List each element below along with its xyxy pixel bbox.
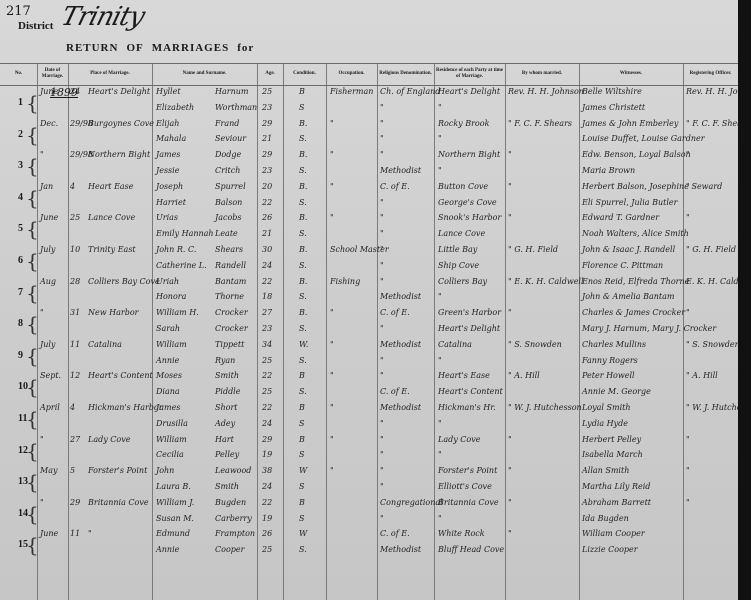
brace-icon: { <box>26 409 39 429</box>
groom-occupation: " <box>330 150 334 159</box>
entry-day: 27 <box>70 435 80 444</box>
groom-surname: Hart <box>215 435 234 444</box>
district-value: Trinity <box>58 2 147 32</box>
groom-first-name: Edmund <box>156 529 190 538</box>
groom-religion: C. of E. <box>380 308 410 317</box>
registering-officer: " <box>686 308 690 317</box>
column-rule <box>377 63 378 600</box>
bride-residence: " <box>438 134 442 143</box>
groom-condition: B <box>299 435 305 444</box>
groom-first-name: Urias <box>156 213 178 222</box>
groom-residence: Colliers Bay <box>438 277 487 286</box>
groom-condition: B <box>299 403 305 412</box>
bride-residence: Heart's Delight <box>438 324 500 333</box>
bride-surname: Pelley <box>215 450 239 459</box>
bride-first-name: Harriet <box>156 198 186 207</box>
groom-occupation: Fishing <box>330 277 360 286</box>
groom-age: 29 <box>262 119 272 128</box>
groom-religion: " <box>380 150 384 159</box>
bride-first-name: Annie <box>156 356 179 365</box>
registering-officer: " G. H. Field <box>686 245 736 254</box>
groom-condition: B. <box>299 245 307 254</box>
groom-age: 22 <box>262 277 272 286</box>
groom-religion: " <box>380 119 384 128</box>
header-rule <box>0 85 738 86</box>
district-label: District <box>18 20 53 32</box>
bride-religion: " <box>380 419 384 428</box>
witness-1: Enos Reid, Elfreda Thorne <box>582 277 689 286</box>
column-header-condition: Condition. <box>283 63 326 85</box>
bride-religion: " <box>380 482 384 491</box>
officiant: " <box>508 498 512 507</box>
bride-religion: " <box>380 134 384 143</box>
officiant: " <box>508 466 512 475</box>
bride-age: 18 <box>262 292 272 301</box>
groom-surname: Frampton <box>215 529 255 538</box>
groom-surname: Jacobs <box>215 213 242 222</box>
bride-condition: S <box>299 482 304 491</box>
entry-month: June <box>40 529 58 538</box>
column-rule <box>505 63 506 600</box>
groom-age: 26 <box>262 213 272 222</box>
entry-day: 28 <box>70 277 80 286</box>
groom-surname: Smith <box>215 371 239 380</box>
entry-month: July <box>40 340 55 349</box>
bride-surname: Seviour <box>215 134 246 143</box>
groom-occupation: " <box>330 213 334 222</box>
groom-surname: Leawood <box>215 466 251 475</box>
witness-2: Isabella March <box>582 450 643 459</box>
entry-day: 29 <box>70 498 80 507</box>
bride-first-name: Catherine L. <box>156 261 207 270</box>
bride-first-name: Susan M. <box>156 514 194 523</box>
entry-place: Forster's Point <box>88 466 147 475</box>
groom-age: 22 <box>262 371 272 380</box>
bride-first-name: Drusilla <box>156 419 188 428</box>
bride-surname: Worthman <box>215 103 257 112</box>
groom-first-name: William <box>156 340 187 349</box>
bride-age: 25 <box>262 545 272 554</box>
witness-1: Charles Mullins <box>582 340 646 349</box>
groom-occupation: " <box>330 182 334 191</box>
entry-place: New Harbor <box>88 308 138 317</box>
witness-2: Lydia Hyde <box>582 419 628 428</box>
registering-officer: " S. Snowden <box>686 340 740 349</box>
entry-number: 6 <box>18 255 23 266</box>
column-header-married_by: By whom married. <box>505 63 579 85</box>
bride-residence: " <box>438 419 442 428</box>
groom-age: 22 <box>262 403 272 412</box>
groom-occupation: " <box>330 119 334 128</box>
groom-occupation: " <box>330 403 334 412</box>
entry-number: 1 <box>18 97 23 108</box>
groom-condition: B <box>299 498 305 507</box>
registering-officer: " A. Hill <box>686 371 718 380</box>
entry-month: Dec. <box>40 119 58 128</box>
bride-surname: Piddle <box>215 387 240 396</box>
bride-residence: Heart's Content <box>438 387 503 396</box>
entry-place: Hickman's Harbor <box>88 403 163 412</box>
groom-religion: C. of E. <box>380 182 410 191</box>
witness-2: Noah Walters, Alice Smith <box>582 229 689 238</box>
bride-religion: " <box>380 261 384 270</box>
entry-place: Heart's Delight <box>88 87 150 96</box>
bride-condition: S. <box>299 292 307 301</box>
groom-first-name: John <box>156 466 174 475</box>
entry-number: 2 <box>18 129 23 140</box>
witness-1: Allan Smith <box>582 466 629 475</box>
entry-month: April <box>40 403 60 412</box>
witness-2: Eli Spurrel, Julia Butler <box>582 198 677 207</box>
groom-age: 30 <box>262 245 272 254</box>
entry-month: Sept. <box>40 371 61 380</box>
bride-first-name: Annie <box>156 545 179 554</box>
witness-1: Herbert Pelley <box>582 435 641 444</box>
brace-icon: { <box>26 535 39 555</box>
registering-officer: " <box>686 498 690 507</box>
officiant: " F. C. F. Shears <box>508 119 572 128</box>
register-page: 217 District Trinity RETURNOFMARRIAGESfo… <box>0 0 738 600</box>
bride-residence: " <box>438 514 442 523</box>
groom-age: 25 <box>262 87 272 96</box>
groom-condition: B. <box>299 182 307 191</box>
groom-residence: Button Cove <box>438 182 488 191</box>
bride-condition: S. <box>299 324 307 333</box>
brace-icon: { <box>26 441 39 461</box>
officiant: " <box>508 213 512 222</box>
entry-day: 5 <box>70 466 75 475</box>
bride-surname: Ryan <box>215 356 235 365</box>
groom-condition: W <box>299 466 307 475</box>
groom-surname: Frand <box>215 119 239 128</box>
witness-1: Edward T. Gardner <box>582 213 659 222</box>
bride-surname: Crocker <box>215 324 248 333</box>
entry-place: Trinity East <box>88 245 136 254</box>
bride-residence: Elliott's Cove <box>438 482 492 491</box>
bride-age: 23 <box>262 324 272 333</box>
officiant: " <box>508 150 512 159</box>
groom-occupation: " <box>330 466 334 475</box>
groom-residence: Heart's Ease <box>438 371 490 380</box>
brace-icon: { <box>26 156 39 176</box>
groom-religion: " <box>380 245 384 254</box>
entry-month: " <box>40 308 44 317</box>
groom-age: 26 <box>262 529 272 538</box>
bride-condition: S <box>299 450 304 459</box>
bride-surname: Carberry <box>215 514 252 523</box>
entry-day: 4 <box>70 403 75 412</box>
bride-surname: Smith <box>215 482 239 491</box>
witness-1: Herbert Balson, Josephine Seward <box>582 182 722 191</box>
witness-2: Martha Lily Reid <box>582 482 650 491</box>
bride-age: 24 <box>262 419 272 428</box>
entry-month: May <box>40 466 57 475</box>
groom-age: 20 <box>262 182 272 191</box>
groom-residence: Britannia Cove <box>438 498 499 507</box>
entry-place: Heart's Content <box>88 371 153 380</box>
bride-age: 24 <box>262 482 272 491</box>
bride-first-name: Elizabeth <box>156 103 194 112</box>
witness-2: John & Amelia Bantam <box>582 292 674 301</box>
bride-age: 23 <box>262 166 272 175</box>
entry-number: 5 <box>18 223 23 234</box>
entry-place: Catalina <box>88 340 122 349</box>
witness-1: William Cooper <box>582 529 645 538</box>
bride-age: 19 <box>262 450 272 459</box>
registering-officer: " <box>686 182 690 191</box>
entry-place: Colliers Bay Cove <box>88 277 160 286</box>
groom-residence: Hickman's Hr. <box>438 403 496 412</box>
officiant: " <box>508 529 512 538</box>
witness-2: Louise Duffet, Louise Gardner <box>582 134 705 143</box>
entry-place: Lance Cove <box>88 213 135 222</box>
groom-first-name: Moses <box>156 371 182 380</box>
bride-condition: S <box>299 103 304 112</box>
column-header-name: Name and Surname. <box>152 63 257 85</box>
witness-1: John & Isaac J. Randell <box>582 245 675 254</box>
witness-2: Ida Bugden <box>582 514 629 523</box>
entry-place: Burgoynes Cove <box>88 119 154 128</box>
groom-religion: Ch. of England <box>380 87 440 96</box>
groom-surname: Bantam <box>215 277 246 286</box>
bride-first-name: Sarah <box>156 324 180 333</box>
groom-religion: C. of E. <box>380 529 410 538</box>
groom-condition: B. <box>299 119 307 128</box>
groom-occupation: Fisherman <box>330 87 373 96</box>
title-word: OF <box>126 42 143 54</box>
column-header-registering: Registering Officer. <box>683 63 738 85</box>
groom-condition: B. <box>299 213 307 222</box>
groom-first-name: William <box>156 435 187 444</box>
bride-first-name: Honora <box>156 292 186 301</box>
brace-icon: { <box>26 472 39 492</box>
groom-religion: " <box>380 435 384 444</box>
groom-first-name: John R. C. <box>156 245 196 254</box>
column-header-age: Age. <box>257 63 283 85</box>
groom-residence: White Rock <box>438 529 485 538</box>
bride-condition: S. <box>299 229 307 238</box>
groom-religion: " <box>380 466 384 475</box>
bride-surname: Randell <box>215 261 246 270</box>
officiant: " G. H. Field <box>508 245 558 254</box>
groom-surname: Tippett <box>215 340 244 349</box>
witness-2: James Christett <box>582 103 645 112</box>
page-title: RETURNOFMARRIAGESfor <box>66 42 262 54</box>
bride-residence: George's Cove <box>438 198 497 207</box>
groom-surname: Bugden <box>215 498 246 507</box>
entry-month: " <box>40 435 44 444</box>
groom-condition: B <box>299 87 305 96</box>
groom-surname: Shears <box>215 245 243 254</box>
officiant: " <box>508 435 512 444</box>
entry-number: 9 <box>18 350 23 361</box>
groom-occupation: " <box>330 435 334 444</box>
column-rule <box>579 63 580 600</box>
brace-icon: { <box>26 346 39 366</box>
witness-1: Loyal Smith <box>582 403 631 412</box>
witness-1: Charles & James Crocker <box>582 308 685 317</box>
bride-first-name: Mahala <box>156 134 186 143</box>
bride-religion: " <box>380 324 384 333</box>
groom-first-name: James <box>156 403 180 412</box>
entry-month: July <box>40 245 55 254</box>
column-header-religion: Religious Denomination. <box>377 63 434 85</box>
groom-surname: Dodge <box>215 150 241 159</box>
bride-residence: Bluff Head Cove <box>438 545 504 554</box>
bride-age: 23 <box>262 103 272 112</box>
bride-age: 21 <box>262 229 272 238</box>
entry-day: 11 <box>70 529 80 538</box>
entry-place: " <box>88 529 92 538</box>
entry-place: Lady Cove <box>88 435 130 444</box>
officiant: Rev. H. H. Johnson <box>508 87 584 96</box>
bride-surname: Thorne <box>215 292 244 301</box>
bride-age: 22 <box>262 198 272 207</box>
bride-residence: " <box>438 166 442 175</box>
bride-condition: S. <box>299 198 307 207</box>
officiant: " <box>508 308 512 317</box>
entry-number: 3 <box>18 160 23 171</box>
bride-condition: S. <box>299 134 307 143</box>
column-header-place: Place of Marriage. <box>68 63 152 85</box>
column-rule <box>326 63 327 600</box>
entry-month: Aug <box>40 277 56 286</box>
witness-2: Annie M. George <box>582 387 651 396</box>
groom-religion: " <box>380 371 384 380</box>
officiant: " <box>508 182 512 191</box>
groom-age: 27 <box>262 308 272 317</box>
groom-first-name: Hyllet <box>156 87 181 96</box>
entry-place: Heart Ease <box>88 182 134 191</box>
bride-condition: S. <box>299 545 307 554</box>
registering-officer: " <box>686 466 690 475</box>
groom-religion: " <box>380 277 384 286</box>
entry-number: 7 <box>18 287 23 298</box>
column-header-date: Date of Marriage. <box>37 63 68 85</box>
entry-number: 8 <box>18 318 23 329</box>
groom-residence: Little Bay <box>438 245 477 254</box>
bride-age: 19 <box>262 514 272 523</box>
bride-first-name: Jessie <box>156 166 179 175</box>
brace-icon: { <box>26 377 39 397</box>
witness-1: Abraham Barrett <box>582 498 651 507</box>
groom-residence: Forster's Point <box>438 466 497 475</box>
column-rule <box>68 63 69 600</box>
groom-occupation: " <box>330 308 334 317</box>
brace-icon: { <box>26 283 39 303</box>
entry-day: 4 <box>70 182 75 191</box>
bride-age: 25 <box>262 387 272 396</box>
entry-day: 25 <box>70 213 80 222</box>
bride-condition: S. <box>299 261 307 270</box>
bride-religion: " <box>380 198 384 207</box>
bride-religion: " <box>380 356 384 365</box>
bride-first-name: Cecilia <box>156 450 184 459</box>
groom-residence: Green's Harbor <box>438 308 501 317</box>
bride-religion: " <box>380 103 384 112</box>
column-header-witnesses: Witnesses. <box>579 63 683 85</box>
groom-residence: Snook's Harbor <box>438 213 501 222</box>
witness-1: James & John Emberley <box>582 119 678 128</box>
bride-religion: " <box>380 229 384 238</box>
entry-month: June <box>40 213 58 222</box>
bride-age: 25 <box>262 356 272 365</box>
bride-condition: S <box>299 514 304 523</box>
registering-officer: " <box>686 213 690 222</box>
entry-month: " <box>40 498 44 507</box>
bride-surname: Adey <box>215 419 235 428</box>
bride-religion: Methodist <box>380 166 421 175</box>
title-word: RETURN <box>66 42 118 54</box>
column-header-no: No. <box>0 63 37 85</box>
bride-condition: S. <box>299 166 307 175</box>
year-entry: 1899 <box>50 86 78 99</box>
bride-surname: Balson <box>215 198 242 207</box>
page-number: 217 <box>6 4 31 19</box>
witness-1: Belle Wiltshire <box>582 87 642 96</box>
groom-condition: B <box>299 371 305 380</box>
witness-2: Florence C. Pittman <box>582 261 663 270</box>
bride-surname: Critch <box>215 166 240 175</box>
bride-surname: Cooper <box>215 545 244 554</box>
bride-residence: " <box>438 450 442 459</box>
column-header-residence: Residence of each Party at time of Marri… <box>434 63 505 85</box>
officiant: " A. Hill <box>508 371 540 380</box>
entry-day: 12 <box>70 371 80 380</box>
entry-month: Jan <box>40 182 53 191</box>
groom-first-name: Uriah <box>156 277 179 286</box>
groom-condition: B. <box>299 277 307 286</box>
groom-condition: B. <box>299 308 307 317</box>
bride-first-name: Laura B. <box>156 482 191 491</box>
witness-2: Fanny Rogers <box>582 356 638 365</box>
witness-2: Lizzie Cooper <box>582 545 638 554</box>
groom-surname: Short <box>215 403 238 412</box>
groom-first-name: William J. <box>156 498 194 507</box>
bride-condition: S <box>299 419 304 428</box>
groom-age: 29 <box>262 435 272 444</box>
bride-religion: Methodist <box>380 292 421 301</box>
groom-first-name: James <box>156 150 180 159</box>
brace-icon: { <box>26 219 39 239</box>
bride-residence: Lance Cove <box>438 229 485 238</box>
officiant: " W. J. Hutchesson <box>508 403 582 412</box>
bride-religion: " <box>380 514 384 523</box>
title-word: MARRIAGES <box>152 42 229 54</box>
officiant: " S. Snowden <box>508 340 562 349</box>
groom-age: 22 <box>262 498 272 507</box>
groom-residence: Northern Bight <box>438 150 500 159</box>
brace-icon: { <box>26 314 39 334</box>
groom-condition: W. <box>299 340 308 349</box>
groom-occupation: " <box>330 340 334 349</box>
bride-residence: " <box>438 103 442 112</box>
groom-age: 34 <box>262 340 272 349</box>
groom-first-name: Joseph <box>156 182 183 191</box>
groom-religion: Congregational <box>380 498 443 507</box>
groom-surname: Crocker <box>215 308 248 317</box>
witness-2: Mary J. Harnum, Mary J. Crocker <box>582 324 716 333</box>
groom-age: 29 <box>262 150 272 159</box>
groom-residence: Heart's Delight <box>438 87 500 96</box>
groom-religion: Methodist <box>380 340 421 349</box>
witness-2: Maria Brown <box>582 166 635 175</box>
groom-occupation: " <box>330 371 334 380</box>
column-rule <box>257 63 258 600</box>
bride-religion: " <box>380 450 384 459</box>
groom-age: 38 <box>262 466 272 475</box>
bride-first-name: Diana <box>156 387 180 396</box>
